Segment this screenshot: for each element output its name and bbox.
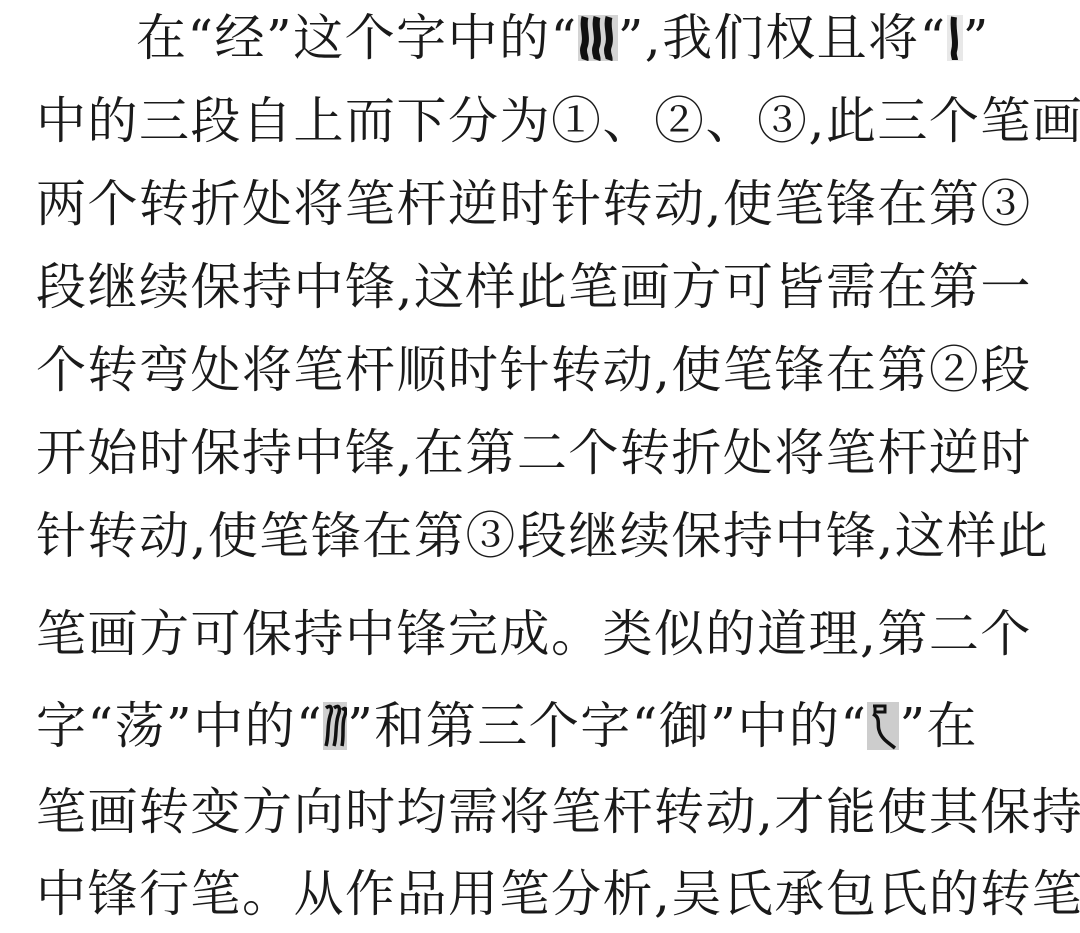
paragraph-line-1: 在“经”这个字中的“ ”,我们权且将“ ”: [136, 2, 1056, 74]
line-text: ”在: [899, 697, 978, 755]
paragraph-line-4: 段继续保持中锋,这样此笔画方可皆需在第一: [36, 251, 1056, 323]
paragraph-line-3: 两个转折处将笔杆逆时针转动,使笔锋在第③: [36, 168, 1056, 240]
paragraph-line-9: 字“荡”中的“ ”和第三个字“御”中的“ ”在: [36, 690, 1056, 762]
paragraph-line-8: 笔画方可保持中锋完成。类似的道理,第二个: [36, 598, 1056, 670]
paragraph-line-5: 个转弯处将笔杆顺时针转动,使笔锋在第②段: [36, 334, 1056, 406]
paragraph-line-2: 中的三段自上而下分为①、②、③,此三个笔画: [36, 85, 1056, 157]
paragraph-line-7: 针转动,使笔锋在第③段继续保持中锋,这样此: [36, 500, 1056, 572]
stroke-glyph-dang-water-radical-icon: [323, 702, 347, 750]
paragraph-line-10: 笔画转变方向时均需将笔杆转动,才能使其保持: [36, 776, 1056, 848]
stroke-glyph-jing-three-strokes-icon: [578, 15, 618, 61]
stroke-glyph-yu-hooked-stroke-icon: [867, 702, 899, 750]
stroke-glyph-single-vertical-icon: [947, 15, 963, 61]
line-text: ”: [963, 9, 990, 67]
line-text: 字“荡”中的“: [36, 697, 323, 755]
line-text: 在“经”这个字中的“: [136, 9, 578, 67]
document-page: 在“经”这个字中的“ ”,我们权且将“ ” 中的三段自上而下分为①、②、③,此三…: [0, 0, 1080, 933]
line-text: ”和第三个字“御”中的“: [347, 697, 867, 755]
paragraph-line-6: 开始时保持中锋,在第二个转折处将笔杆逆时: [36, 417, 1056, 489]
paragraph-line-11: 中锋行笔。从作品用笔分析,吴氏承包氏的转笔。: [36, 858, 1056, 930]
line-text: ”,我们权且将“: [618, 9, 947, 67]
